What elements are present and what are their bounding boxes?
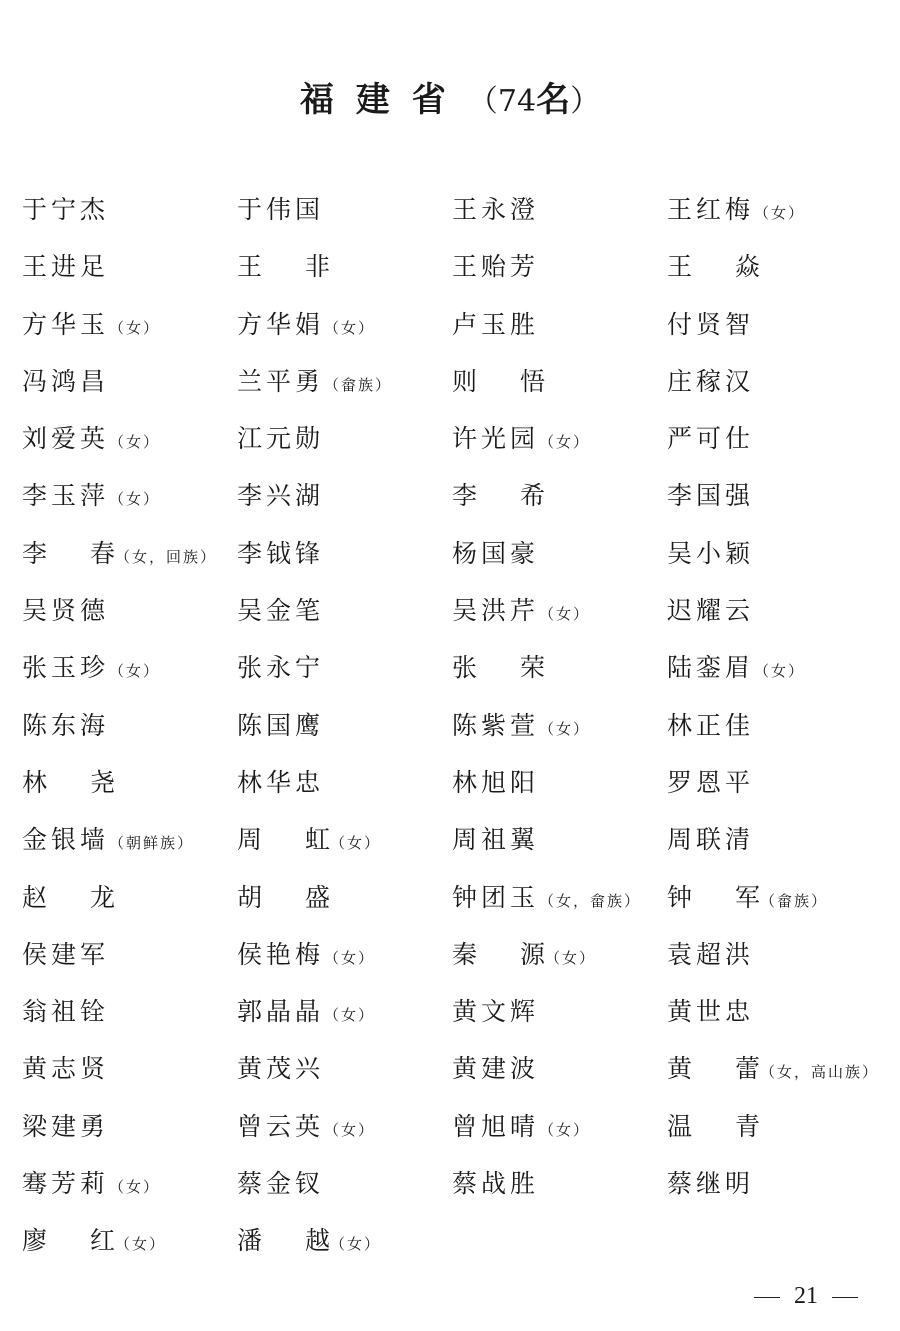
page-footer: 21 — [740, 1283, 872, 1310]
list-item: 金银墙（朝鲜族） — [22, 820, 237, 877]
list-item: 吴洪芹（女） — [452, 591, 667, 648]
list-item: 张玉珍（女） — [22, 648, 237, 705]
list-item: 张永宁 — [237, 648, 452, 705]
person-name: 胡盛 — [237, 878, 330, 918]
person-note: （朝鲜族） — [109, 834, 194, 852]
person-name: 黄文辉 — [452, 992, 539, 1032]
person-name: 方华娟 — [237, 305, 324, 345]
list-item: 付贤智 — [667, 305, 892, 362]
list-item: 骞芳莉（女） — [22, 1164, 237, 1221]
list-item: 梁建勇 — [22, 1107, 237, 1164]
list-item: 刘爱英（女） — [22, 419, 237, 476]
list-item: 陈紫萱（女） — [452, 706, 667, 763]
person-name: 李玉萍 — [22, 476, 109, 516]
person-name: 陈东海 — [22, 706, 109, 746]
list-item: 张荣 — [452, 648, 667, 705]
list-item: 李玉萍（女） — [22, 476, 237, 533]
list-item: 温青 — [667, 1107, 892, 1164]
list-item: 周虹（女） — [237, 820, 452, 877]
list-item: 王焱 — [667, 247, 892, 304]
list-item: 方华玉（女） — [22, 305, 237, 362]
list-item: 兰平勇（畲族） — [237, 362, 452, 419]
person-note: （女） — [539, 433, 590, 451]
person-name: 周虹 — [237, 820, 330, 860]
list-item: 卢玉胜 — [452, 305, 667, 362]
person-name: 于伟国 — [237, 190, 324, 230]
list-item: 黄建波 — [452, 1049, 667, 1106]
list-item: 潘越（女） — [237, 1221, 452, 1278]
list-item: 黄志贤 — [22, 1049, 237, 1106]
person-note: （女，畲族） — [539, 892, 641, 910]
person-note: （畲族） — [760, 892, 828, 910]
list-item: 王永澄 — [452, 190, 667, 247]
person-name: 林旭阳 — [452, 763, 539, 803]
list-item: 钟军（畲族） — [667, 878, 892, 935]
person-name: 王贻芳 — [452, 247, 539, 287]
person-name: 迟耀云 — [667, 591, 754, 631]
person-note: （女） — [109, 319, 160, 337]
person-name: 吴贤德 — [22, 591, 109, 631]
list-item: 林华忠 — [237, 763, 452, 820]
person-note: （女） — [109, 662, 160, 680]
person-name: 王非 — [237, 247, 330, 287]
list-item: 蔡战胜 — [452, 1164, 667, 1221]
person-name: 王永澄 — [452, 190, 539, 230]
person-name: 袁超洪 — [667, 935, 754, 975]
person-name: 金银墙 — [22, 820, 109, 860]
list-item: 王红梅（女） — [667, 190, 892, 247]
person-name: 张永宁 — [237, 648, 324, 688]
person-name: 王焱 — [667, 247, 760, 287]
person-name: 方华玉 — [22, 305, 109, 345]
footer-dash-right — [832, 1297, 858, 1298]
person-name: 李国强 — [667, 476, 754, 516]
footer-dash-left — [754, 1297, 780, 1298]
person-name: 蔡金钗 — [237, 1164, 324, 1204]
list-item: 林正佳 — [667, 706, 892, 763]
list-item: 黄世忠 — [667, 992, 892, 1049]
person-name: 侯建军 — [22, 935, 109, 975]
person-name: 翁祖铨 — [22, 992, 109, 1032]
list-item: 冯鸿昌 — [22, 362, 237, 419]
person-name: 梁建勇 — [22, 1107, 109, 1147]
list-item: 侯艳梅（女） — [237, 935, 452, 992]
list-item: 杨国豪 — [452, 534, 667, 591]
person-name: 曾旭晴 — [452, 1107, 539, 1147]
person-name: 许光园 — [452, 419, 539, 459]
person-name: 骞芳莉 — [22, 1164, 109, 1204]
count-close: ） — [570, 84, 600, 119]
person-name: 吴小颖 — [667, 534, 754, 574]
person-name: 郭晶晶 — [237, 992, 324, 1032]
list-item: 于宁杰 — [22, 190, 237, 247]
list-item: 李希 — [452, 476, 667, 533]
list-item: 王进足 — [22, 247, 237, 304]
person-note: （女） — [539, 1121, 590, 1139]
list-item: 王非 — [237, 247, 452, 304]
person-name: 刘爱英 — [22, 419, 109, 459]
person-name: 王进足 — [22, 247, 109, 287]
list-item: 曾旭晴（女） — [452, 1107, 667, 1164]
person-name: 江元勋 — [237, 419, 324, 459]
person-name: 温青 — [667, 1107, 760, 1147]
list-item: 廖红（女） — [22, 1221, 237, 1278]
person-name: 张荣 — [452, 648, 545, 688]
list-item: 于伟国 — [237, 190, 452, 247]
list-item: 李国强 — [667, 476, 892, 533]
page-number: 21 — [794, 1283, 818, 1309]
person-name: 卢玉胜 — [452, 305, 539, 345]
list-item: 严可仕 — [667, 419, 892, 476]
person-name: 则悟 — [452, 362, 545, 402]
list-item: 蔡继明 — [667, 1164, 892, 1221]
person-note: （女） — [109, 490, 160, 508]
person-name: 张玉珍 — [22, 648, 109, 688]
person-note: （女） — [539, 720, 590, 738]
person-note: （女，高山族） — [760, 1063, 879, 1081]
list-item: 则悟 — [452, 362, 667, 419]
person-name: 钟军 — [667, 878, 760, 918]
list-item: 黄蕾（女，高山族） — [667, 1049, 892, 1106]
person-name: 林尧 — [22, 763, 115, 803]
person-note: （女） — [115, 1235, 166, 1253]
person-name: 周联清 — [667, 820, 754, 860]
page-title: 福建省（74名） — [0, 72, 900, 121]
person-note: （女） — [324, 1006, 375, 1024]
person-name: 周祖翼 — [452, 820, 539, 860]
list-item: 钟团玉（女，畲族） — [452, 878, 667, 935]
person-name: 侯艳梅 — [237, 935, 324, 975]
list-item: 林尧 — [22, 763, 237, 820]
person-name: 罗恩平 — [667, 763, 754, 803]
person-note: （女） — [324, 1121, 375, 1139]
person-name: 庄稼汉 — [667, 362, 754, 402]
person-note: （女，回族） — [115, 548, 217, 566]
person-note: （畲族） — [324, 376, 392, 394]
list-item: 庄稼汉 — [667, 362, 892, 419]
person-name: 杨国豪 — [452, 534, 539, 574]
person-note: （女） — [545, 949, 596, 967]
person-note: （女） — [109, 433, 160, 451]
person-name: 赵龙 — [22, 878, 115, 918]
person-name: 李钺锋 — [237, 534, 324, 574]
person-name: 秦源 — [452, 935, 545, 975]
person-name: 林华忠 — [237, 763, 324, 803]
person-note: （女） — [330, 834, 381, 852]
list-item: 罗恩平 — [667, 763, 892, 820]
list-item: 迟耀云 — [667, 591, 892, 648]
person-note: （女） — [109, 1178, 160, 1196]
list-item: 秦源（女） — [452, 935, 667, 992]
person-name: 黄茂兴 — [237, 1049, 324, 1089]
list-item: 吴金笔 — [237, 591, 452, 648]
person-name: 吴金笔 — [237, 591, 324, 631]
person-name: 陈国鹰 — [237, 706, 324, 746]
list-item: 黄茂兴 — [237, 1049, 452, 1106]
person-name: 廖红 — [22, 1221, 115, 1261]
person-name: 曾云英 — [237, 1107, 324, 1147]
person-name: 黄世忠 — [667, 992, 754, 1032]
list-item: 胡盛 — [237, 878, 452, 935]
list-item: 方华娟（女） — [237, 305, 452, 362]
person-name: 蔡继明 — [667, 1164, 754, 1204]
person-name: 蔡战胜 — [452, 1164, 539, 1204]
count-open: （74 — [468, 84, 536, 119]
list-item: 周联清 — [667, 820, 892, 877]
person-name: 付贤智 — [667, 305, 754, 345]
list-item: 周祖翼 — [452, 820, 667, 877]
name-list: 于宁杰于伟国王永澄王红梅（女）王进足王非王贻芳王焱方华玉（女）方华娟（女）卢玉胜… — [22, 190, 892, 1279]
list-item: 李钺锋 — [237, 534, 452, 591]
list-item: 黄文辉 — [452, 992, 667, 1049]
person-name: 兰平勇 — [237, 362, 324, 402]
list-item: 吴贤德 — [22, 591, 237, 648]
list-item: 李春（女，回族） — [22, 534, 237, 591]
person-name: 冯鸿昌 — [22, 362, 109, 402]
person-name: 李兴湖 — [237, 476, 324, 516]
list-item: 赵龙 — [22, 878, 237, 935]
person-name: 林正佳 — [667, 706, 754, 746]
list-item: 陈国鹰 — [237, 706, 452, 763]
list-item: 蔡金钗 — [237, 1164, 452, 1221]
person-name: 黄蕾 — [667, 1049, 760, 1089]
person-note: （女） — [754, 204, 805, 222]
person-note: （女） — [539, 605, 590, 623]
person-note: （女） — [324, 319, 375, 337]
list-item: 郭晶晶（女） — [237, 992, 452, 1049]
person-name: 李春 — [22, 534, 115, 574]
list-item: 许光园（女） — [452, 419, 667, 476]
person-name: 严可仕 — [667, 419, 754, 459]
list-item: 曾云英（女） — [237, 1107, 452, 1164]
person-note: （女） — [330, 1235, 381, 1253]
person-name: 潘越 — [237, 1221, 330, 1261]
person-name: 李希 — [452, 476, 545, 516]
person-name: 黄志贤 — [22, 1049, 109, 1089]
list-item: 李兴湖 — [237, 476, 452, 533]
person-note: （女） — [754, 662, 805, 680]
person-name: 于宁杰 — [22, 190, 109, 230]
list-item: 江元勋 — [237, 419, 452, 476]
list-item: 陆銮眉（女） — [667, 648, 892, 705]
person-name: 王红梅 — [667, 190, 754, 230]
list-item: 陈东海 — [22, 706, 237, 763]
person-name: 陆銮眉 — [667, 648, 754, 688]
list-item: 林旭阳 — [452, 763, 667, 820]
list-item: 翁祖铨 — [22, 992, 237, 1049]
person-name: 黄建波 — [452, 1049, 539, 1089]
list-item: 袁超洪 — [667, 935, 892, 992]
list-item: 侯建军 — [22, 935, 237, 992]
count-unit: 名 — [536, 80, 570, 120]
person-name: 吴洪芹 — [452, 591, 539, 631]
person-name: 陈紫萱 — [452, 706, 539, 746]
person-name: 钟团玉 — [452, 878, 539, 918]
list-item: 王贻芳 — [452, 247, 667, 304]
list-item: 吴小颖 — [667, 534, 892, 591]
province-name: 福建省 — [300, 80, 468, 120]
person-note: （女） — [324, 949, 375, 967]
